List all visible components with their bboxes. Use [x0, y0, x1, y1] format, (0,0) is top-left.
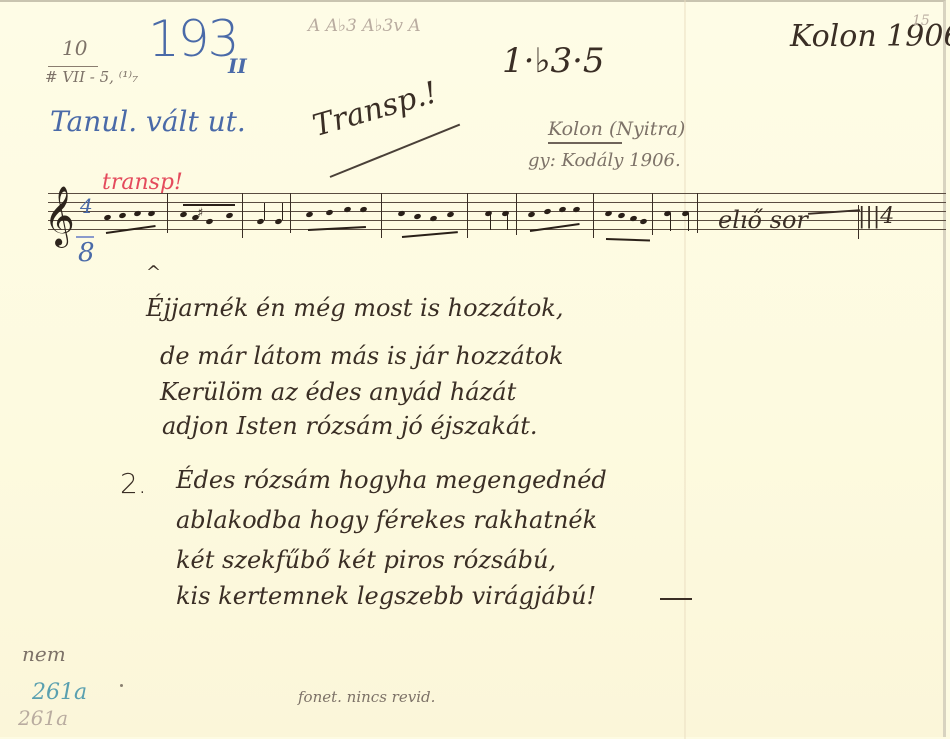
barline	[290, 193, 291, 233]
nem-note: nem	[22, 644, 66, 664]
archive-fraction-denominator: # VII - 5, ⁽¹⁾₇	[45, 70, 138, 85]
lyric-line: de már látom más is jár hozzátok	[160, 344, 563, 368]
staff-line	[48, 193, 946, 194]
sharp-icon: ♯	[197, 207, 203, 220]
staff-line	[48, 229, 946, 230]
barline	[593, 193, 594, 238]
lyric-line: kis kertemnek legszebb virágjábú!	[176, 584, 596, 608]
continuation-text: elıő sor	[718, 208, 808, 232]
lyric-line: két szekfűbő két piros rózsábú,	[176, 548, 556, 572]
archive-fraction-numerator: 10	[62, 38, 87, 58]
cadence-ratio: 1·♭3·5	[502, 44, 605, 78]
note-beam	[183, 204, 235, 206]
note-stem	[264, 203, 265, 220]
tanul-note: Tanul. vált ut.	[50, 108, 246, 136]
end-mark: |||4	[858, 206, 894, 228]
reference-pencil: 261a	[18, 708, 68, 728]
note-stem	[282, 203, 283, 220]
chord: A	[408, 16, 420, 36]
source-underline	[548, 142, 622, 144]
barline	[697, 193, 698, 233]
mode-chords: A A♭3 A♭3v A	[308, 18, 421, 35]
time-signature-top: 4	[80, 196, 93, 216]
barline	[652, 193, 653, 235]
note-stem	[507, 213, 508, 230]
chord: A♭3v	[362, 16, 403, 36]
collector-note: gy: Kodály 1906.	[528, 152, 681, 170]
catalog-number: 193	[148, 14, 237, 64]
transp-red-annotation: transp!	[102, 172, 183, 194]
source-region: (Nyitra)	[609, 118, 685, 140]
closing-dash	[660, 598, 692, 600]
fraction-bar	[48, 66, 98, 67]
barline	[467, 193, 468, 238]
barline	[381, 193, 382, 238]
lyric-line: ablakodba hogy férekes rakhatnék	[176, 508, 597, 532]
barline	[167, 193, 168, 233]
source-village: Kolon	[548, 118, 603, 140]
catalog-subscript: II	[228, 56, 247, 76]
ink-speck	[120, 684, 123, 687]
chord: A	[308, 16, 320, 36]
chord: A♭3	[326, 16, 357, 36]
lyric-line: Kerülöm az édes anyád házát	[160, 380, 516, 404]
bottom-note: fonet. nincs revid.	[298, 690, 435, 705]
accent-mark: ^	[146, 264, 161, 282]
paper-fold	[684, 0, 686, 739]
note-stem	[490, 213, 491, 230]
lyric-line: Éjjarnék én még most is hozzátok,	[146, 296, 563, 320]
treble-clef-icon: 𝄞	[44, 186, 75, 247]
time-signature-bottom: 8	[78, 240, 95, 266]
barline	[516, 193, 517, 235]
note-stem	[670, 213, 671, 231]
staff-line	[48, 220, 946, 221]
lyric-line: Édes rózsám hogyha megengednéd	[176, 468, 607, 492]
barline	[242, 193, 243, 238]
reference-teal: 261a	[32, 682, 87, 704]
verse-number: 2.	[120, 470, 147, 498]
lyric-line: adjon Isten rózsám jó éjszakát.	[162, 414, 538, 438]
page-number: 15	[912, 14, 930, 28]
note-stem	[688, 213, 689, 231]
source-place: Kolon (Nyitra)	[548, 120, 685, 139]
